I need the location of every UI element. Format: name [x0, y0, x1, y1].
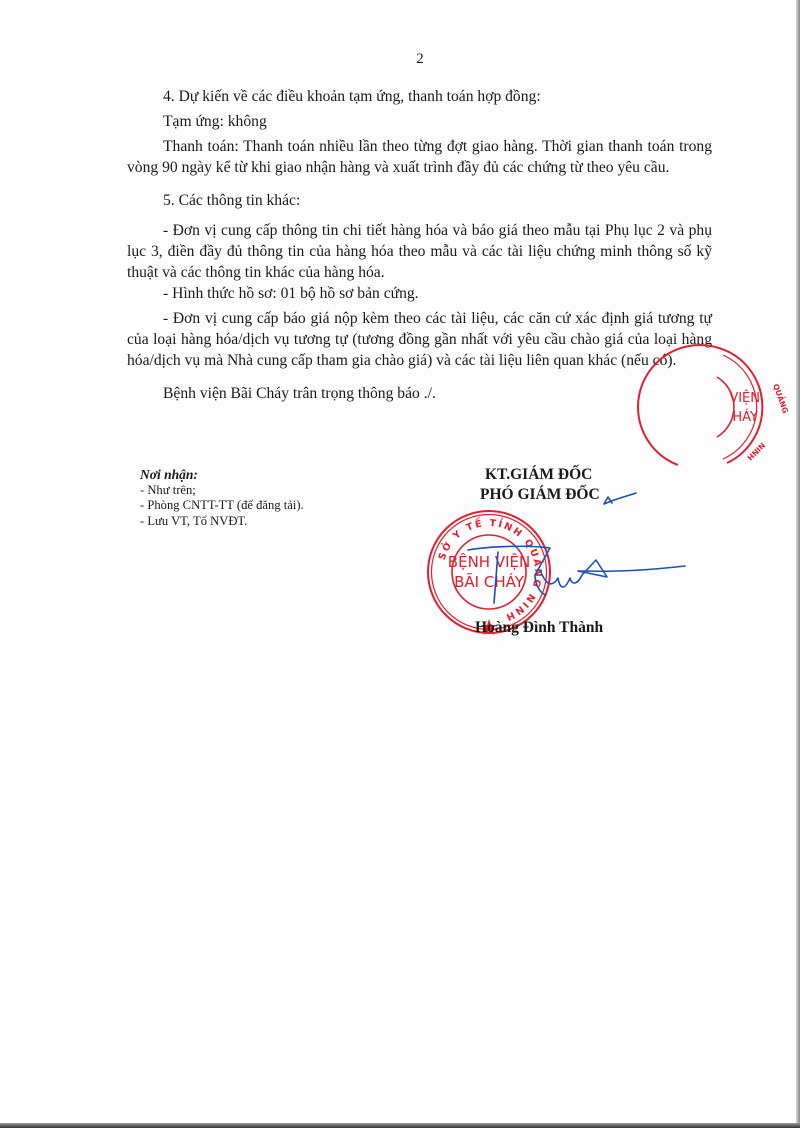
signer-name: Hoàng Đình Thành	[475, 619, 603, 637]
margin-stamp-line2: HÁY	[732, 409, 758, 425]
stamp-center-line1: BỆNH VIỆN	[448, 552, 530, 571]
stamp-center-line2: BÃI CHÁY	[454, 572, 525, 591]
margin-stamp-ring-2: NINH	[745, 441, 767, 463]
margin-stamp-ring-1: QUẢNG	[771, 382, 791, 414]
margin-stamp-line1: VIỆN	[729, 390, 760, 406]
official-stamp: SỞ Y TẾ TỈNH QUẢNG NINH BỆNH VIỆN BÃI CH…	[0, 0, 800, 1128]
